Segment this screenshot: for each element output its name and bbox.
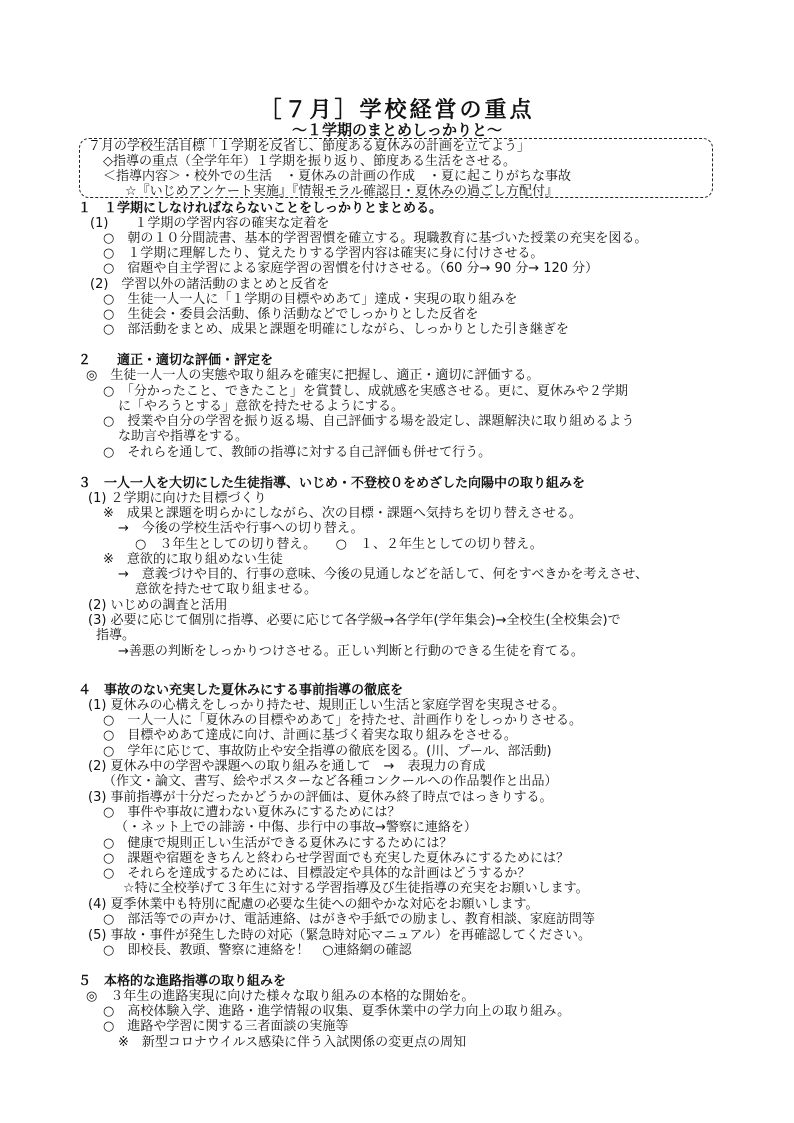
section-line: ※ 意欲的に取り組めない生徒 [103,552,283,567]
section-line: ○ 健康で規則正しい生活ができる夏休みにするためには？ [103,836,452,851]
section-line: → 今後の学校生活や行事への切り替え。 [118,521,364,536]
page-title: ［７月］学校経営の重点 [0,99,794,123]
page-subtitle: ～１学期のまとめしっかりと～ [0,122,794,138]
section-line: （作文・論文、書写、絵やポスターなど各種コンクールへの作品製作と出品） [103,774,557,789]
section-line: (3) 事前指導が十分だったかどうかの評価は、夏休み終了時点ではっきりする。 [88,790,553,805]
section-line: 指導。 [96,628,135,643]
section-line: (4) 夏季休業中も特別に配慮の必要な生徒への細やかな対応をお願いします。 [88,897,539,912]
goal-line: ☆『いじめアンケート実施』『情報モラル確認日・夏休みの過ごし方配付』 [125,184,558,199]
goal-line: ＜指導内容＞・校外での生活 ・夏休みの計画の作成 ・夏に起こりがちな事故 [103,169,571,184]
section-line: ○ １学期に理解したり、覚えたりする学習内容は確実に身に付けさせる。 [103,246,543,261]
section-line: ☆特に全校挙げて３年生に対する学習指導及び生徒指導の充実をお願いします。 [123,881,589,896]
section-line: (2) いじめの調査と活用 [88,598,228,613]
section-line: ○ 生徒一人一人に「１学期の目標やめあて」達成・実現の取り組みを [103,292,517,307]
section-line: ○ 課題や宿題をきちんと終わらせ学習面でも充実した夏休みにするためには？ [103,851,569,866]
section-line: な助言や指導をする。 [118,429,248,444]
section-line: (2) 夏休み中の学習や課題への取り組みを通して → 表現力の育成 [88,759,485,774]
section-line: ○ 部活動をまとめ、成果と課題を明確にしながら、しっかりとした引き継ぎを [103,322,569,337]
section-line: (3) 必要に応じて個別に指導、必要に応じて各学級→各学年(学年集会)→全校生(… [88,613,621,628]
section-line: ◎ ３年生の進路実現に向けた様々な取り組みの本格的な開始を。 [86,989,474,1004]
section-line: （・ネット上での誹謗・中傷、歩行中の事故→警察に連絡を） [115,820,477,835]
section-line: (1) ２学期に向けた目標づくり [88,491,267,506]
section-line: (2) 学習以外の諸活動のまとめと反省を [90,277,329,292]
section-heading: ５ 本格的な進路指導の取り組みを [78,974,286,989]
section-line: ○ 宿題や自主学習による家庭学習の習慣を付けさせる。（60 分→ 90 分→ 1… [103,261,598,276]
section-line: (1) 夏休みの心構えをしっかり持たせ、規則正しい生活と家庭学習を実現させる。 [88,698,565,713]
section-heading: ４ 事故のない充実した夏休みにする事前指導の徹底を [78,683,403,698]
section-line: ○ 生徒会・委員会活動、係り活動などでしっかりとした反省を [103,307,478,322]
section-line: ○ 学年に応じて、事故防止や安全指導の徹底を図る。(川、プール、部活動) [103,744,552,759]
section-line: ◎ 生徒一人一人の実態や取り組みを確実に把握し、適正・適切に評価する。 [86,368,539,383]
section-line: ○ 高校体験入学、進路・進学情報の収集、夏季休業中の学力向上の取り組み。 [103,1004,570,1019]
section-line: ○ それらを通して、教師の指導に対する自己評価も併せて行う。 [103,445,491,460]
section-line: ○ 進路や学習に関する三者面談の実施等 [103,1019,348,1034]
section-line: ○ 一人一人に「夏休みの目標やめあて」を持たせ、計画作りをしっかりさせる。 [103,713,582,728]
section-line: ※ 成果と課題を明らかにしながら、次の目標・課題へ気持ちを切り替えさせる。 [103,506,582,521]
section-heading: ２ 適正・適切な評価・評定を [78,353,273,368]
section-line: ○ それらを達成するためには、目標設定や具体的な計画はどうするか？ [103,866,530,881]
section-line: (1) １学期の学習内容の確実な定着を [90,216,329,231]
section-line: ※ 新型コロナウイルス感染に伴う入試関係の変更点の周知 [118,1035,466,1050]
goal-line: ◇指導の重点（全学年年）１学期を振り返り、節度ある生活をさせる。 [103,154,516,169]
section-line: ○ ３年生としての切り替え。 ○ １、２年生としての切り替え。 [135,537,543,552]
section-line: (5) 事故・事件が発生した時の対応（緊急時対応マニュアル）を再確認してください… [88,928,591,943]
goal-line: ７月の学校生活目標「１学期を反省し、節度ある夏休みの計画を立てよう」 [88,139,530,154]
section-line: ○ 部活等での声かけ、電話連絡、はがきや手紙での励まし、教育相談、家庭訪問等 [103,912,595,927]
section-line: 意欲を持たせて取り組ませる。 [135,582,317,597]
section-line: → 意義づけや目的、行事の意味、今後の見通しなどを話して、何をすべきかを考えさせ… [118,567,648,582]
section-heading: ３ 一人一人を大切にした生徒指導、いじめ・不登校０をめざした向陽中の取り組みを [78,476,585,491]
section-line: ○ 授業や自分の学習を振り返る場、自己評価する場を設定し、課題解決に取り組めるよ… [103,414,634,429]
section-line: ○ 朝の１０分間読書、基本的学習習慣を確立する。現職教育に基づいた授業の充実を図… [103,231,647,246]
section-line: に「やろうとする」意欲を持たせるようにする。 [118,399,404,414]
section-heading: １ １学期にしなければならないことをしっかりとまとめる。 [78,201,442,216]
section-line: ○ 即校長、教頭、警察に連絡を！ ○連絡網の確認 [103,943,412,958]
section-line: →善悪の判断をしっかりつけさせる。正しい判断と行動のできる生徒を育てる。 [118,644,584,659]
section-line: ○ 目標やめあて達成に向け、計画に基づく着実な取り組みをさせる。 [103,728,517,743]
section-line: ○ 「分かったこと、できたこと」を賞賛し、成就感を実感させる。更に、夏休みや２学… [103,384,628,399]
section-line: ○ 事件や事故に遭わない夏休みにするためには？ [103,805,400,820]
